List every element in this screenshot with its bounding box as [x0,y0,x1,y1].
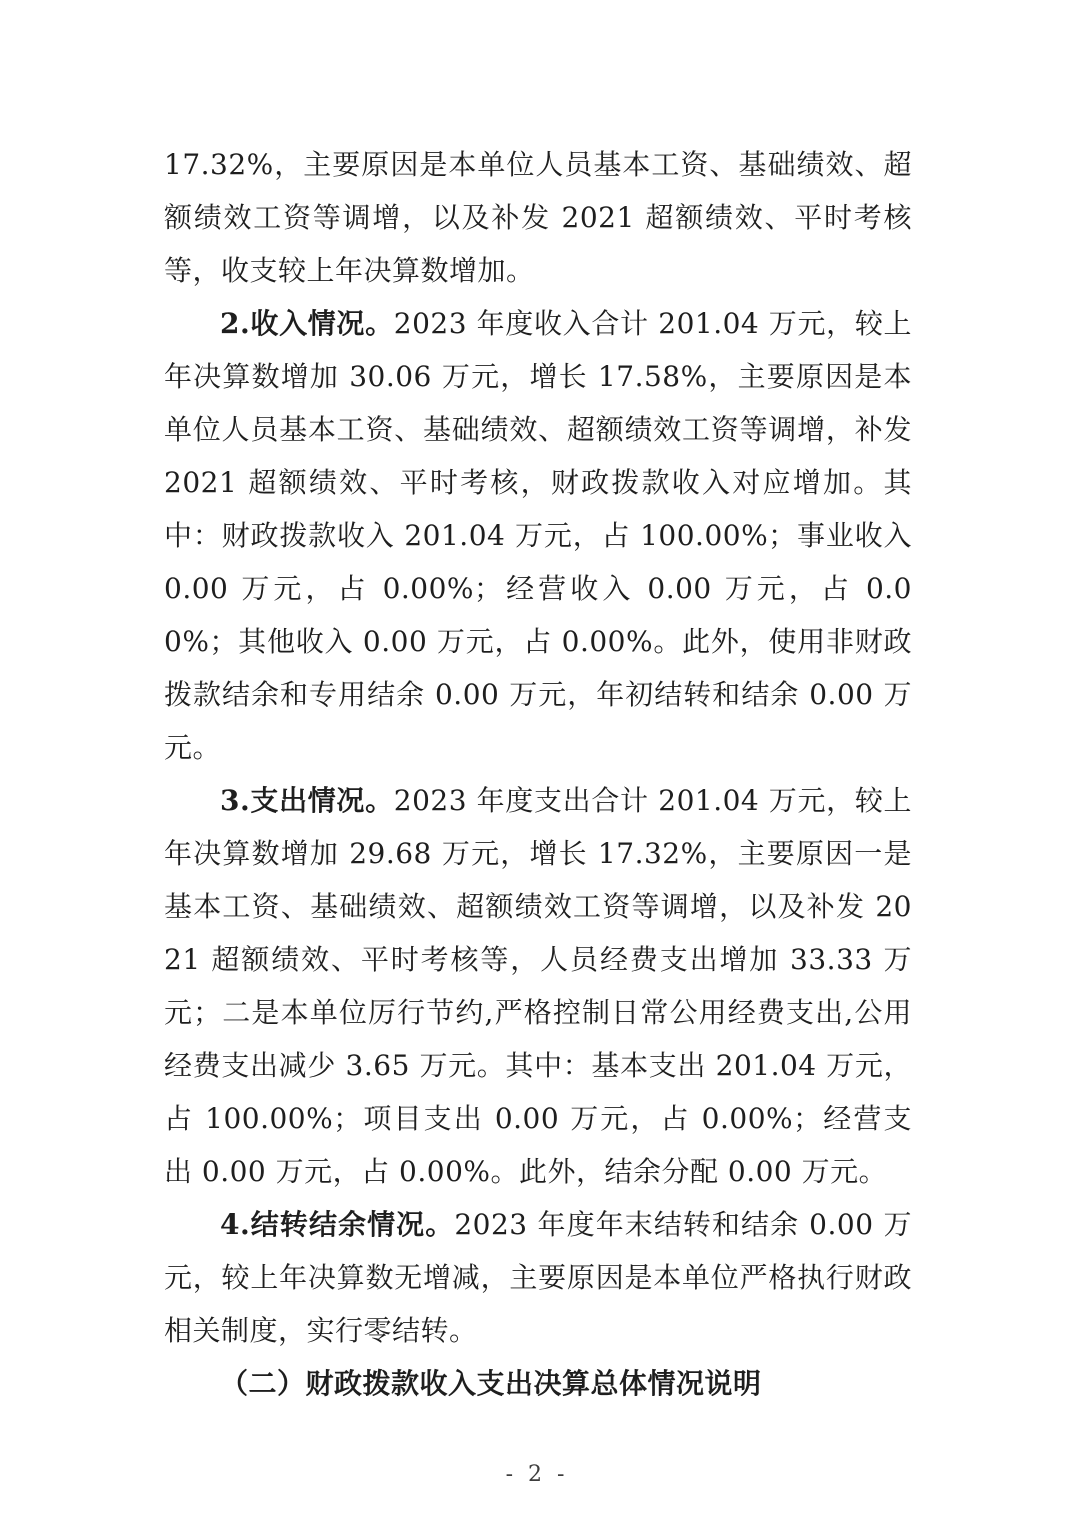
paragraph-lead-label: 3.支出情况。 [220,784,394,817]
document-body: 17.32%，主要原因是本单位人员基本工资、基础绩效、超额绩效工资等调增，以及补… [164,138,912,1410]
page-number: - 2 - [506,1462,569,1487]
paragraph-lead-label: 4.结转结余情况。 [220,1208,454,1241]
paragraph-carryover-balance-situation: 4.结转结余情况。2023 年度年末结转和结余 0.00 万元，较上年决算数无增… [164,1198,912,1357]
page-footer: - 2 - [0,1462,1074,1487]
paragraph-text: 2023 年度收入合计 201.04 万元，较上年决算数增加 30.06 万元，… [164,307,912,764]
paragraph-expenditure-situation: 3.支出情况。2023 年度支出合计 201.04 万元，较上年决算数增加 29… [164,774,912,1198]
paragraph-lead-label: （二）财政拨款收入支出决算总体情况说明 [220,1367,762,1400]
paragraph-income-situation: 2.收入情况。2023 年度收入合计 201.04 万元，较上年决算数增加 30… [164,297,912,774]
paragraph-expenditure-change-continuation: 17.32%，主要原因是本单位人员基本工资、基础绩效、超额绩效工资等调增，以及补… [164,138,912,297]
document-page: 17.32%，主要原因是本单位人员基本工资、基础绩效、超额绩效工资等调增，以及补… [0,0,1074,1520]
section-heading-fiscal-appropriation: （二）财政拨款收入支出决算总体情况说明 [164,1357,912,1410]
paragraph-text: 2023 年度支出合计 201.04 万元，较上年决算数增加 29.68 万元，… [164,784,912,1188]
paragraph-lead-label: 2.收入情况。 [220,307,394,340]
paragraph-text: 17.32%，主要原因是本单位人员基本工资、基础绩效、超额绩效工资等调增，以及补… [164,148,912,287]
